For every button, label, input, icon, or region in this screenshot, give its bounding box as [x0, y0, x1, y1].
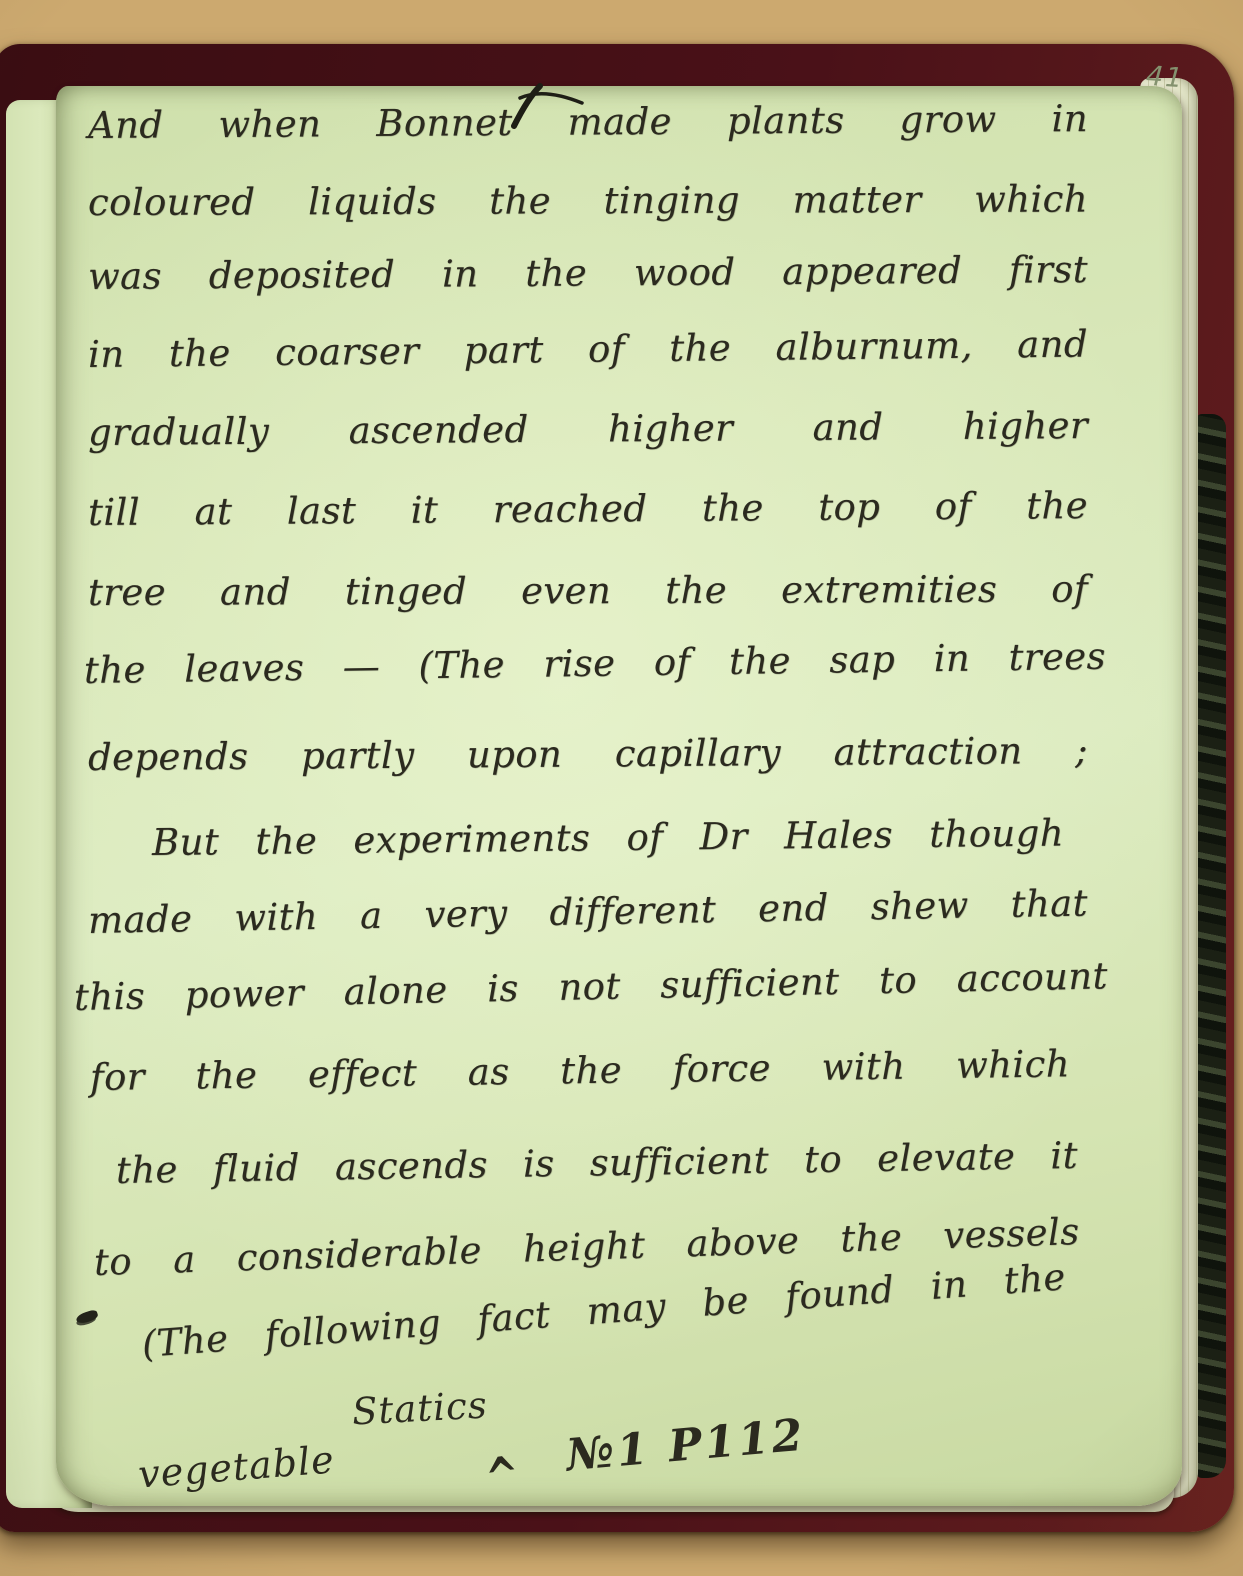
handwriting-layer: And when Bonnet made plants grow in colo… [0, 0, 1243, 1576]
manuscript-line: But the experiments of Dr Hales though [152, 810, 1064, 866]
manuscript-line: gradually ascended higher and higher [88, 403, 1088, 456]
manuscript-line: And when Bonnet made plants grow in [88, 96, 1088, 149]
interlinear-insertion: Statics [351, 1386, 488, 1430]
manuscript-line: was deposited in the wood appeared first [88, 247, 1088, 300]
photograph-of-notebook: And when Bonnet made plants grow in colo… [0, 0, 1243, 1576]
manuscript-line: tree and tinged even the extremities of [88, 567, 1088, 617]
volume-page-reference: №1 P112 [565, 1414, 808, 1479]
manuscript-line: made with a very different end shew that [88, 881, 1089, 945]
manuscript-line: the leaves — (The rise of the sap in tre… [84, 634, 1107, 695]
manuscript-line: in the coarser part of the alburnum, and [88, 322, 1088, 379]
manuscript-line: till at last it reached the top of the [88, 483, 1088, 536]
manuscript-line: this power alone is not sufficient to ac… [74, 953, 1109, 1021]
manuscript-line: the fluid ascends is sufficient to eleva… [116, 1133, 1079, 1194]
closing-word: vegetable [137, 1440, 336, 1493]
manuscript-line: for the effect as the force with which [90, 1041, 1071, 1101]
pencil-folio-number: 41 [1145, 63, 1185, 93]
ink-blot [75, 1309, 99, 1325]
manuscript-line: coloured liquids the tinging matter whic… [88, 177, 1088, 227]
insertion-mark-icon [502, 80, 586, 130]
caret-icon: ^ [482, 1449, 523, 1507]
manuscript-line: depends partly upon capillary attraction… [88, 728, 1088, 781]
